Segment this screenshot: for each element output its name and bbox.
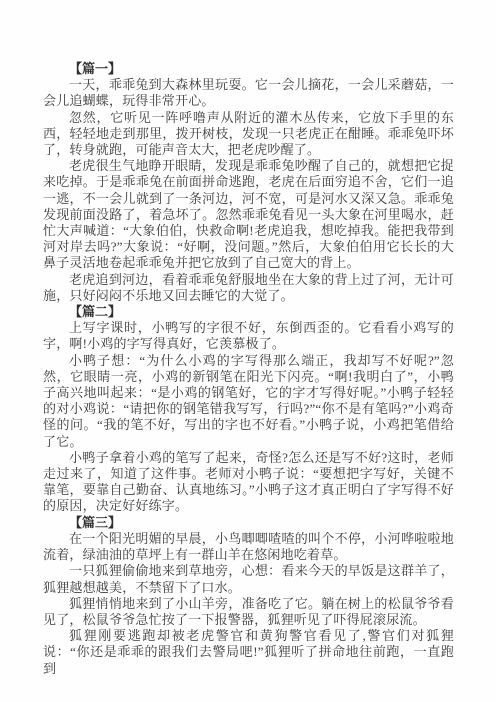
section-2-paragraph: 小鸭子想：“为什么小鸡的字写得那么端正，我却写不好呢?”忽然，它眼睛一亮，小鸡的…: [43, 353, 454, 450]
section-2-paragraph: 上写字课时，小鸭写的字很不好，东倒西歪的。它看看小鸡写的字，啊!小鸡的字写得真好…: [43, 320, 454, 352]
section-1-title: 【篇一】: [43, 61, 454, 77]
section-1-paragraph: 老虎追到河边，看着乖乖兔舒服地坐在大象的背上过了河，无计可施，只好闷闷不乐地又回…: [43, 272, 454, 304]
section-2-paragraph: 小鸭子拿着小鸡的笔写了起来，奇怪?怎么还是写不好?这时，老师走过来了，知道了这件…: [43, 450, 454, 515]
document-content: 【篇一】 一天，乖乖兔到大森林里玩耍。它一会儿摘花，一会儿采蘑菇，一会儿追蝴蝶，…: [43, 61, 454, 677]
section-3-paragraph: 狐狸悄悄地来到了小山羊旁，准备吃了它。躺在树上的松鼠爷爷看见了，松鼠爷爷急忙按了…: [43, 596, 454, 628]
section-2-title: 【篇二】: [43, 304, 454, 320]
document-page: 【篇一】 一天，乖乖兔到大森林里玩耍。它一会儿摘花，一会儿采蘑菇，一会儿追蝴蝶，…: [0, 0, 496, 702]
section-3-paragraph: 一只狐狸偷偷地来到草地旁，心想：看来今天的早饭是这群羊了，狐狸越想越美，不禁留下…: [43, 563, 454, 595]
page-number: 1: [0, 646, 496, 656]
section-1-paragraph: 老虎很生气地睁开眼睛，发现是乖乖兔吵醒了自己的，就想把它捉来吃掉。于是乖乖兔在前…: [43, 158, 454, 271]
section-3-paragraph: 在一个阳光明媚的早晨，小鸟唧唧喳喳的叫个不停，小河哗啦啦地流着，绿油油的草坪上有…: [43, 531, 454, 563]
section-1-paragraph: 忽然，它听见一阵呼噜声从附近的灌木丛传来，它放下手里的东西，轻轻地走到那里，拨开…: [43, 110, 454, 159]
section-1-paragraph: 一天，乖乖兔到大森林里玩耍。它一会儿摘花，一会儿采蘑菇，一会儿追蝴蝶，玩得非常开…: [43, 77, 454, 109]
section-3-title: 【篇三】: [43, 515, 454, 531]
